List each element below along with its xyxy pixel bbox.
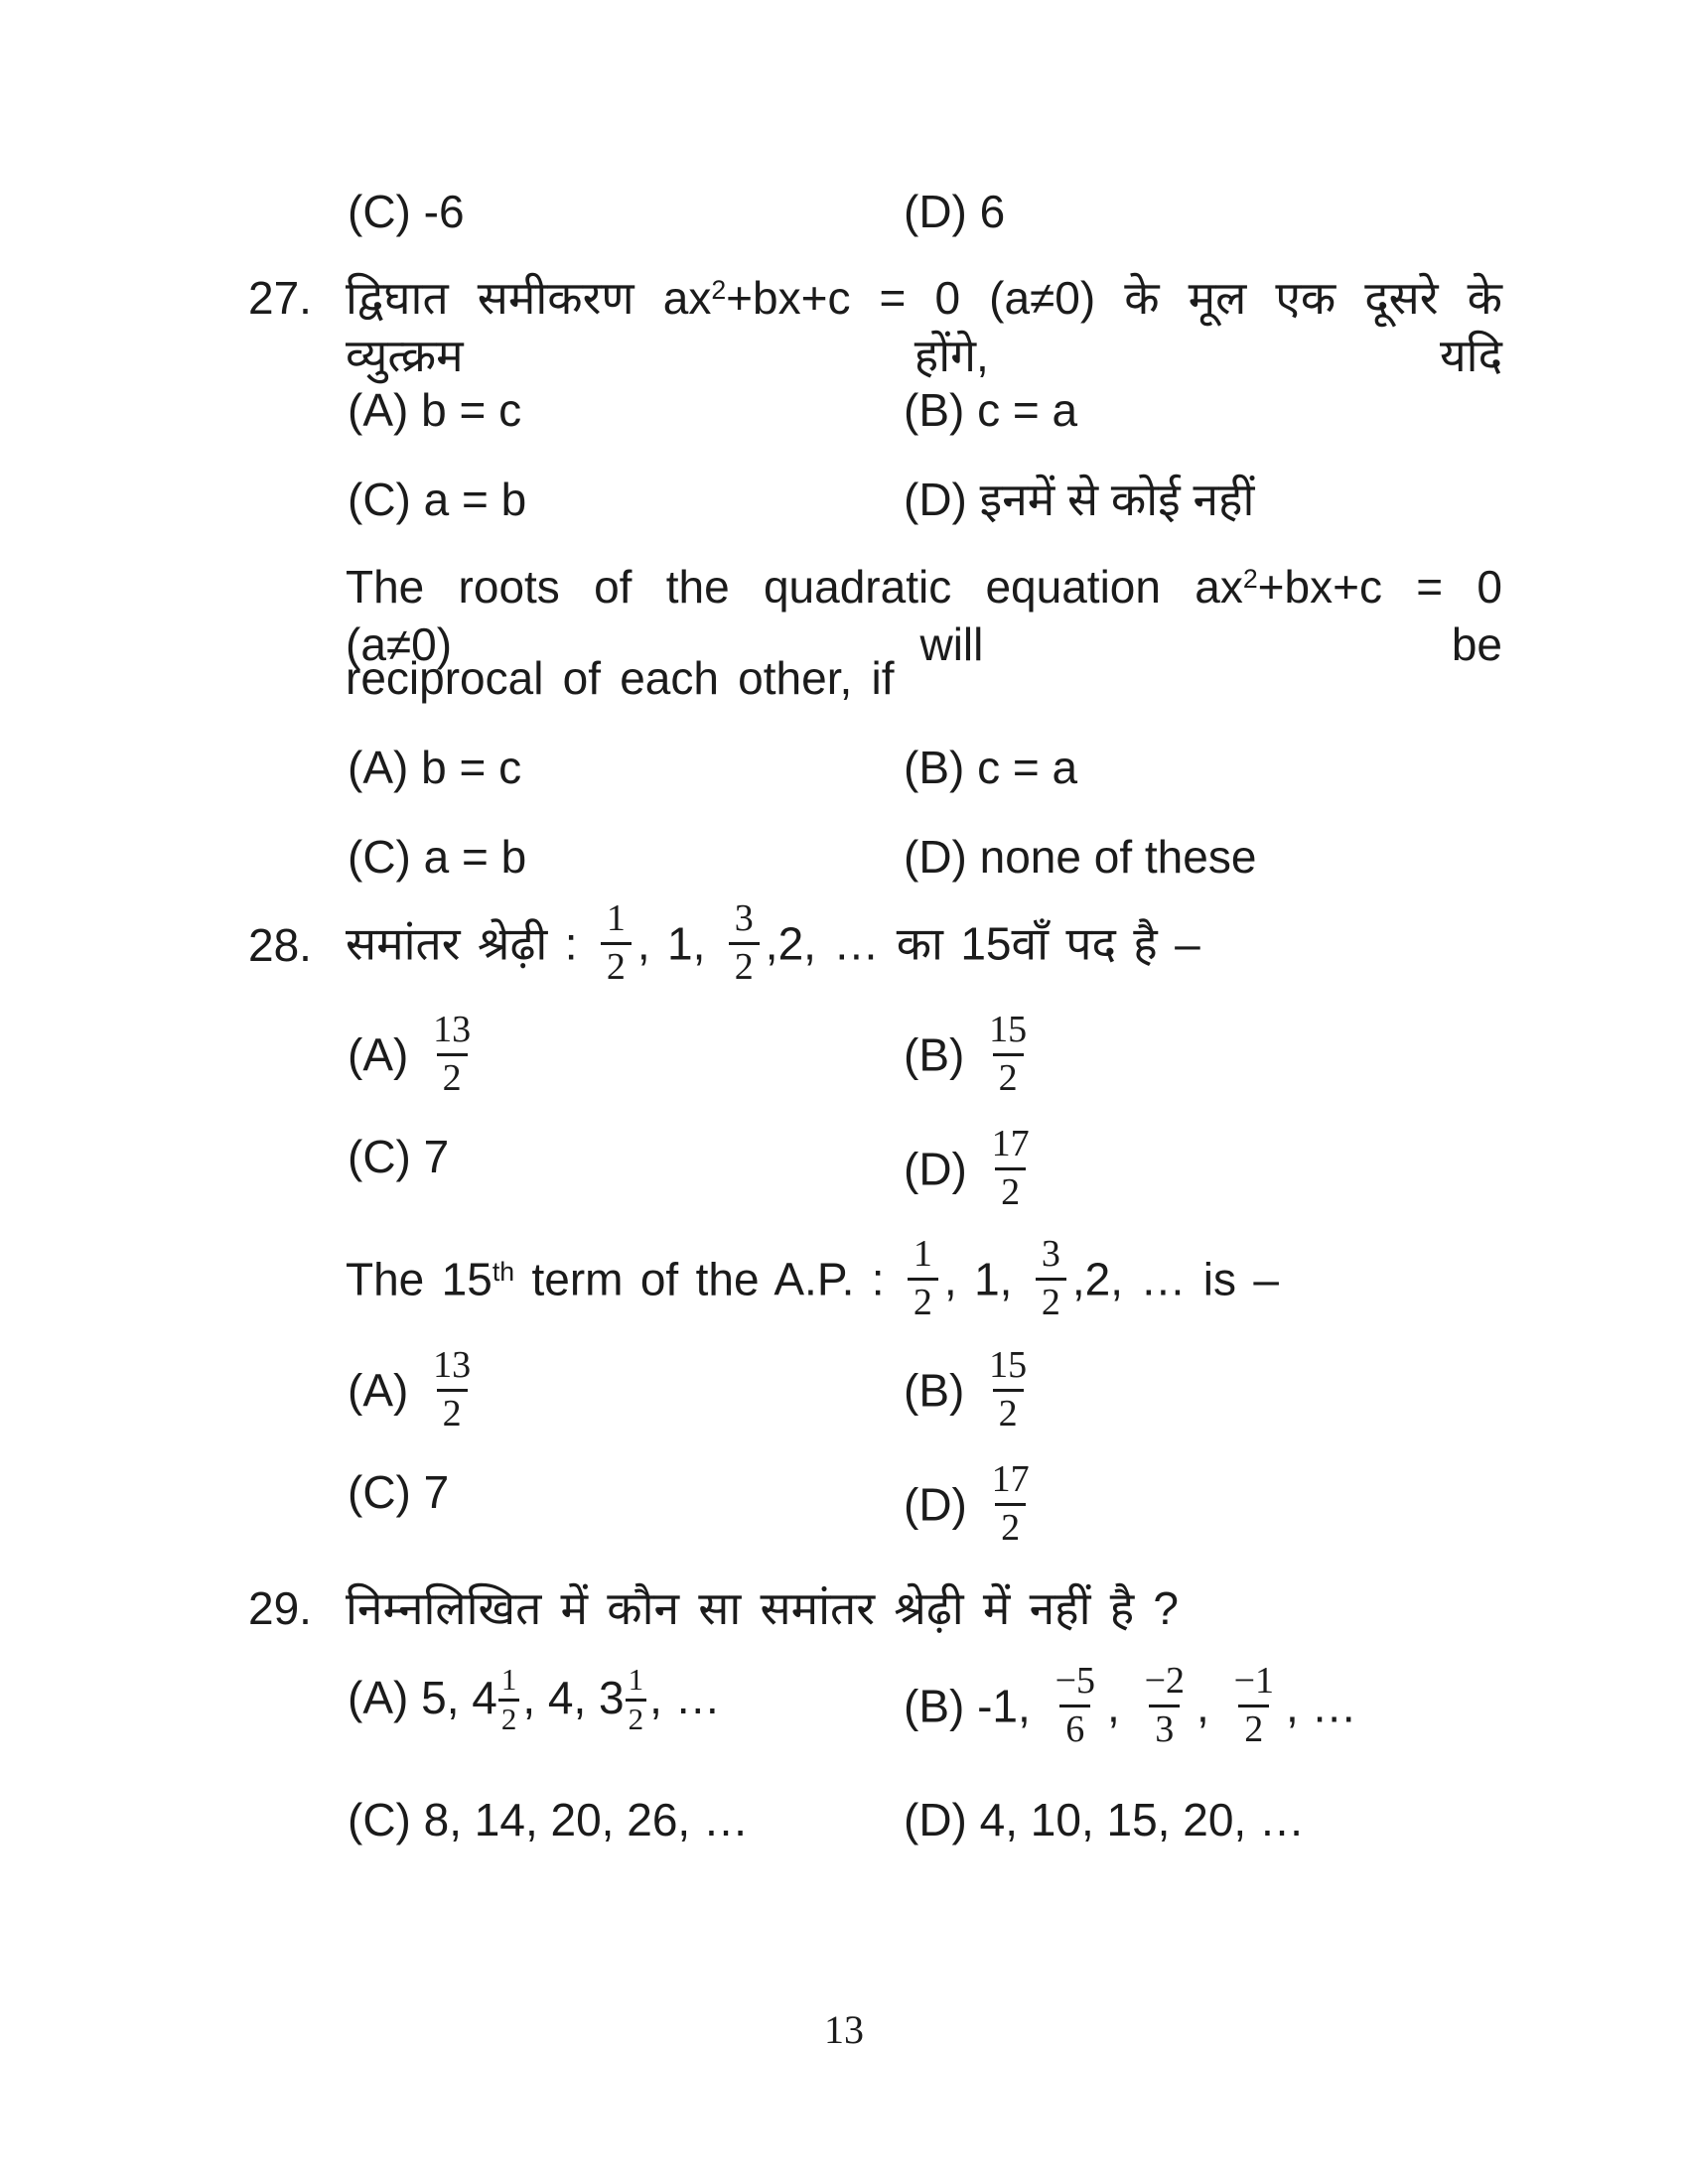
option-value: b = c xyxy=(421,384,521,436)
option-label: (B) xyxy=(904,742,964,793)
option-value: -1, xyxy=(977,1681,1031,1732)
q28-english-option-b: (B) 152 xyxy=(904,1350,1039,1438)
statement-text: , 1, xyxy=(944,1254,1013,1305)
q26-option-c: (C) -6 xyxy=(348,184,465,241)
q29-option-b: (B) -1, −56, −23, −12, … xyxy=(904,1666,1357,1754)
page-footer: 13 xyxy=(0,2000,1688,2054)
option-label: (A) xyxy=(348,1672,408,1723)
fraction-numerator: −2 xyxy=(1139,1662,1191,1705)
fraction-numerator: 3 xyxy=(729,899,760,942)
q27-hindi-option-b: (B) c = a xyxy=(904,382,1077,440)
fraction-numerator: 13 xyxy=(427,1346,477,1389)
option-value: c = a xyxy=(977,384,1077,436)
page-number: 13 xyxy=(824,2007,864,2052)
statement-text: द्विघात समीकरण ax xyxy=(346,272,711,324)
fraction-numerator: 17 xyxy=(986,1125,1036,1167)
fraction-numerator: 17 xyxy=(986,1460,1036,1503)
question-text-hindi: समांतर श्रेढ़ी : 12, 1, 32,2, … का 15वाँ… xyxy=(346,903,1688,992)
option-value: a = b xyxy=(424,474,527,525)
option-label: (C) xyxy=(348,1794,411,1845)
q27-english-option-b: (B) c = a xyxy=(904,740,1077,797)
fraction-denominator: 2 xyxy=(498,1699,520,1736)
fraction-numerator: 3 xyxy=(1036,1235,1066,1278)
fraction-denominator: 2 xyxy=(1238,1705,1269,1750)
q28-hindi-statement-row: 28. समांतर श्रेढ़ी : 12, 1, 32,2, … का 1… xyxy=(0,903,1688,992)
option-value: , 4, 3 xyxy=(522,1672,624,1723)
fraction-numerator: −1 xyxy=(1228,1662,1280,1705)
q27-hindi-option-a: (A) b = c xyxy=(348,382,521,440)
option-value: , xyxy=(1107,1681,1120,1732)
fraction-denominator: 2 xyxy=(908,1278,938,1323)
option-value: , … xyxy=(1286,1681,1357,1732)
q29-hindi-statement-row: 29. निम्नलिखित में कौन सा समांतर श्रेढ़ी… xyxy=(0,1580,1688,1638)
fraction-denominator: 2 xyxy=(995,1167,1026,1213)
exam-paper-page: (C) -6 (D) 6 27. द्विघात समीकरण ax2+bx+c… xyxy=(0,0,1688,2184)
option-label: (A) xyxy=(348,1029,408,1081)
option-value: a = b xyxy=(424,831,527,883)
fraction: 152 xyxy=(983,1346,1033,1434)
statement-text: The 15 xyxy=(346,1254,492,1305)
q28-hindi-option-a: (A) 132 xyxy=(348,1015,483,1103)
question-number: 27. xyxy=(248,270,312,328)
fraction-denominator: 2 xyxy=(437,1389,468,1434)
fraction: −23 xyxy=(1139,1662,1191,1750)
fraction-denominator: 2 xyxy=(626,1699,647,1736)
option-label: (C) xyxy=(348,474,411,525)
option-label: (C) xyxy=(348,1131,411,1182)
option-value: 7 xyxy=(424,1131,450,1182)
fraction-denominator: 2 xyxy=(1036,1278,1066,1323)
fraction-denominator: 2 xyxy=(993,1053,1024,1099)
option-label: (A) xyxy=(348,384,408,436)
question-text-hindi: निम्नलिखित में कौन सा समांतर श्रेढ़ी में… xyxy=(346,1580,1688,1638)
option-label: (C) xyxy=(348,186,411,237)
fraction-numerator: 1 xyxy=(626,1664,647,1699)
option-value: 5, 4 xyxy=(421,1672,497,1723)
q27-hindi-statement-row: 27. द्विघात समीकरण ax2+bx+c = 0 (a≠0) के… xyxy=(0,270,1688,384)
fraction-numerator: 15 xyxy=(983,1346,1033,1389)
fraction: 132 xyxy=(427,1011,477,1099)
fraction: 172 xyxy=(986,1125,1036,1213)
option-value: 7 xyxy=(424,1466,450,1518)
option-value: 8, 14, 20, 26, … xyxy=(424,1794,749,1845)
superscript: 2 xyxy=(1243,564,1258,594)
q27-hindi-option-d: (D) इनमें से कोई नहीं xyxy=(904,472,1254,529)
statement-text: , 1, xyxy=(637,918,706,970)
fraction-numerator: 1 xyxy=(498,1664,520,1699)
q27-hindi-option-c: (C) a = b xyxy=(348,472,526,529)
fraction: 12 xyxy=(626,1664,647,1735)
option-value: -6 xyxy=(424,186,465,237)
q27-english-option-c: (C) a = b xyxy=(348,829,526,887)
statement-text: ,2, … xyxy=(1072,1254,1187,1305)
fraction-numerator: −5 xyxy=(1050,1662,1101,1705)
q28-hindi-option-b: (B) 152 xyxy=(904,1015,1039,1103)
statement-text: is – xyxy=(1203,1254,1279,1305)
fraction-denominator: 6 xyxy=(1059,1705,1090,1750)
option-label: (C) xyxy=(348,831,411,883)
option-value: c = a xyxy=(977,742,1077,793)
q26-option-d: (D) 6 xyxy=(904,184,1005,241)
fraction: 132 xyxy=(427,1346,477,1434)
statement-text: समांतर श्रेढ़ी : xyxy=(346,918,577,970)
option-value: 6 xyxy=(980,186,1006,237)
option-value: , … xyxy=(649,1672,721,1723)
option-value: b = c xyxy=(421,742,521,793)
fraction-numerator: 1 xyxy=(908,1235,938,1278)
fraction-denominator: 3 xyxy=(1149,1705,1180,1750)
question-number: 29. xyxy=(248,1580,312,1638)
fraction: 32 xyxy=(1036,1235,1066,1323)
option-label: (D) xyxy=(904,474,967,525)
superscript: th xyxy=(492,1257,514,1287)
option-label: (B) xyxy=(904,1029,964,1081)
option-value: , xyxy=(1196,1681,1209,1732)
fraction-denominator: 2 xyxy=(437,1053,468,1099)
option-label: (B) xyxy=(904,1681,964,1732)
q28-english-statement-row: The 15th term of the A.P. : 12, 1, 32,2,… xyxy=(0,1239,1688,1327)
q28-english-option-d: (D) 172 xyxy=(904,1464,1042,1553)
superscript: 2 xyxy=(711,275,726,305)
fraction: 12 xyxy=(908,1235,938,1323)
option-value: none of these xyxy=(980,831,1257,883)
fraction: −56 xyxy=(1050,1662,1101,1750)
option-value: 4, 10, 15, 20, … xyxy=(980,1794,1305,1845)
option-label: (D) xyxy=(904,1479,967,1531)
q29-option-d: (D) 4, 10, 15, 20, … xyxy=(904,1792,1305,1849)
option-label: (D) xyxy=(904,1794,967,1845)
fraction: 172 xyxy=(986,1460,1036,1549)
option-label: (D) xyxy=(904,1144,967,1195)
fraction: 32 xyxy=(729,899,760,988)
question-text-english: The 15th term of the A.P. : 12, 1, 32,2,… xyxy=(346,1239,1688,1327)
fraction-denominator: 2 xyxy=(995,1503,1026,1549)
fraction-numerator: 13 xyxy=(427,1011,477,1053)
option-value: इनमें से कोई नहीं xyxy=(980,474,1255,525)
statement-text: ,2, … xyxy=(766,918,880,970)
fraction-denominator: 2 xyxy=(729,942,760,988)
statement-text: The roots of the quadratic equation ax xyxy=(346,561,1243,613)
fraction-numerator: 15 xyxy=(983,1011,1033,1053)
q29-option-a: (A) 5, 412, 4, 312, … xyxy=(348,1666,721,1737)
option-label: (B) xyxy=(904,1365,964,1417)
q27-english-option-d: (D) none of these xyxy=(904,829,1256,887)
fraction-denominator: 2 xyxy=(601,942,632,988)
statement-text: का 15वाँ पद है – xyxy=(897,918,1200,970)
fraction: 152 xyxy=(983,1011,1033,1099)
q29-option-c: (C) 8, 14, 20, 26, … xyxy=(348,1792,749,1849)
statement-text: term of the A.P. : xyxy=(531,1254,884,1305)
q28-hindi-option-d: (D) 172 xyxy=(904,1129,1042,1217)
option-label: (D) xyxy=(904,831,967,883)
q28-hindi-option-c: (C) 7 xyxy=(348,1129,449,1186)
option-label: (C) xyxy=(348,1466,411,1518)
q28-english-option-a: (A) 132 xyxy=(348,1350,483,1438)
fraction: 12 xyxy=(498,1664,520,1735)
fraction-denominator: 2 xyxy=(993,1389,1024,1434)
option-label: (D) xyxy=(904,186,967,237)
q27-english-option-a: (A) b = c xyxy=(348,740,521,797)
q27-english-statement-line2-row: reciprocal of each other, if xyxy=(0,650,1688,708)
question-text-english: reciprocal of each other, if xyxy=(346,650,1688,708)
option-label: (A) xyxy=(348,1365,408,1417)
option-label: (A) xyxy=(348,742,408,793)
option-label: (B) xyxy=(904,384,964,436)
question-number: 28. xyxy=(248,917,312,975)
q28-english-option-c: (C) 7 xyxy=(348,1464,449,1522)
question-text-hindi: द्विघात समीकरण ax2+bx+c = 0 (a≠0) के मूल… xyxy=(346,270,1502,384)
fraction-numerator: 1 xyxy=(601,899,632,942)
fraction: −12 xyxy=(1228,1662,1280,1750)
fraction: 12 xyxy=(601,899,632,988)
